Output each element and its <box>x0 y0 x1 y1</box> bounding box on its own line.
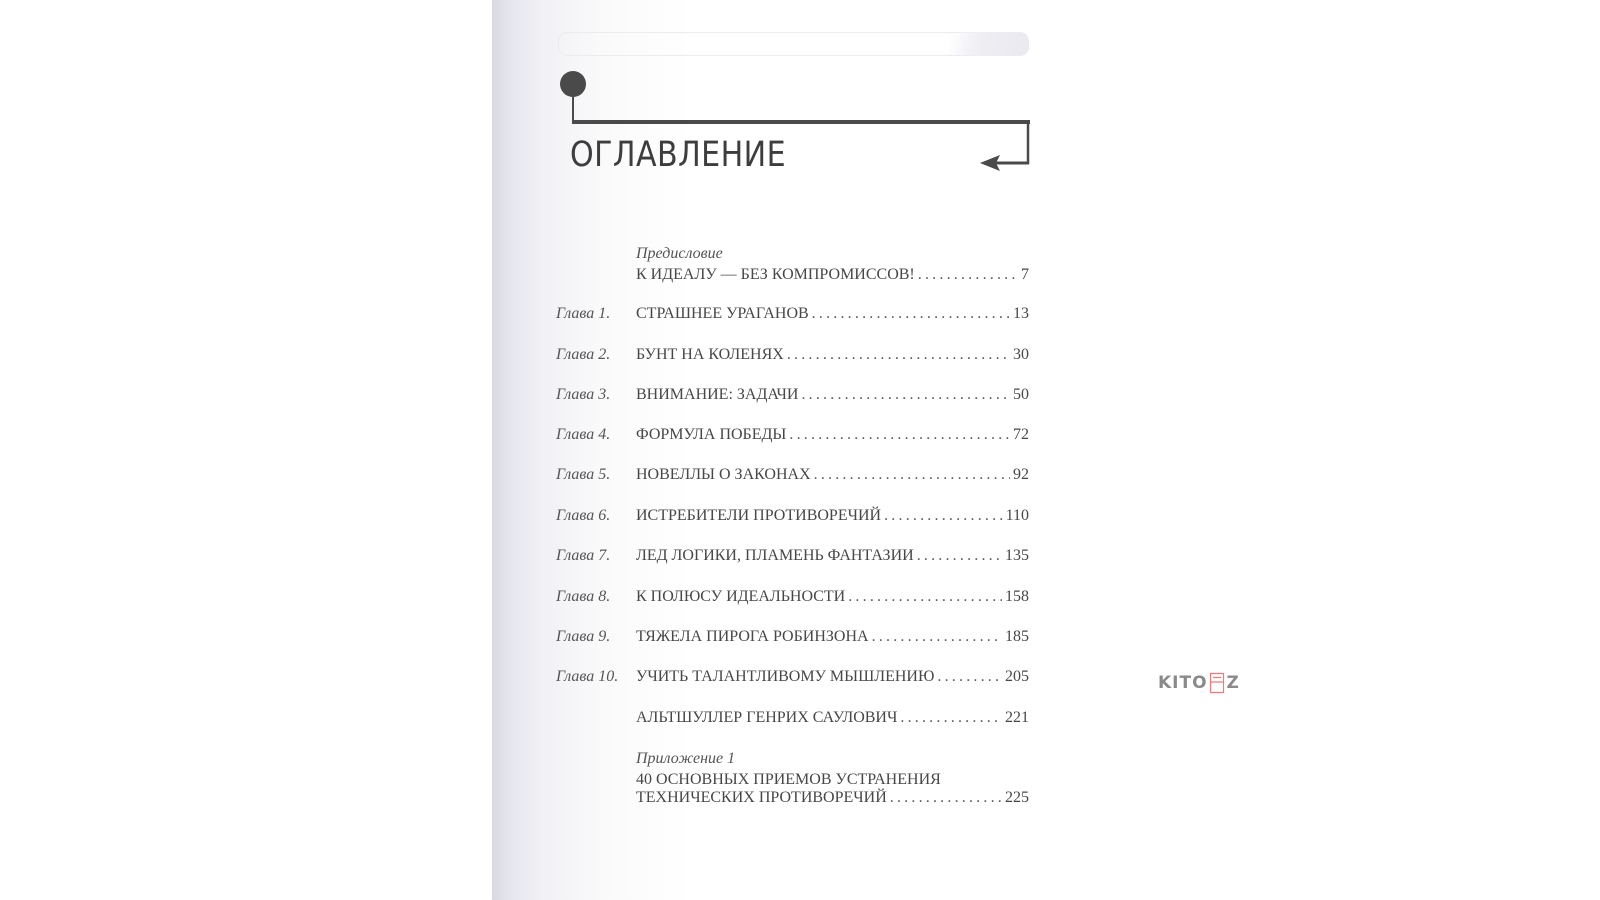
toc-entry-title: К ИДЕАЛУ — БЕЗ КОМПРОМИССОВ! <box>636 266 915 284</box>
toc-entry-chapter-label: Глава 2. <box>556 346 610 364</box>
dot-leader <box>918 266 1018 284</box>
toc-entry-page-number: 205 <box>1005 668 1029 686</box>
toc-entry-chapter-label: Глава 6. <box>556 507 610 525</box>
toc-entry-title: ФОРМУЛА ПОБЕДЫ <box>636 426 786 444</box>
dot-leader <box>900 709 1002 727</box>
toc-entry-chapter-label: Глава 4. <box>556 426 610 444</box>
toc-entry-chapter-label: Глава 1. <box>556 305 610 323</box>
toc-entry-page-number: 110 <box>1006 507 1029 525</box>
toc-entry-title: АЛЬТШУЛЛЕР ГЕНРИХ САУЛОВИЧ <box>636 709 897 727</box>
toc-entry-title: ИСТРЕБИТЕЛИ ПРОТИВОРЕЧИЙ <box>636 507 881 525</box>
toc-entry-chapter-label: Глава 7. <box>556 547 610 565</box>
toc-entry-title-line1: 40 ОСНОВНЫХ ПРИЕМОВ УСТРАНЕНИЯ <box>636 771 941 789</box>
toc-entry-chapter-label: Глава 8. <box>556 588 610 606</box>
decor-dot-icon <box>560 71 586 97</box>
toc-entry-page-number: 72 <box>1013 426 1029 444</box>
toc-entry-section-label: Предисловие <box>636 245 723 263</box>
toc-entry-page-number: 135 <box>1005 547 1029 565</box>
toc-entry-page-number: 185 <box>1005 628 1029 646</box>
dot-leader <box>812 305 1010 323</box>
toc-entry-title: К ПОЛЮСУ ИДЕАЛЬНОСТИ <box>636 588 845 606</box>
toc-entry-page-number: 158 <box>1005 588 1029 606</box>
dot-leader <box>814 466 1010 484</box>
dot-leader <box>890 789 1002 807</box>
toc-entry-title: ТЯЖЕЛА ПИРОГА РОБИНЗОНА <box>636 628 869 646</box>
toc-entry-title: ЛЕД ЛОГИКИ, ПЛАМЕНЬ ФАНТАЗИИ <box>636 547 914 565</box>
dot-leader <box>787 346 1010 364</box>
toc-entry-chapter-label: Глава 9. <box>556 628 610 646</box>
dot-leader <box>789 426 1010 444</box>
toc-entry-title: ВНИМАНИЕ: ЗАДАЧИ <box>636 386 798 404</box>
toc-entry-title: ТЕХНИЧЕСКИХ ПРОТИВОРЕЧИЙ <box>636 789 887 807</box>
toc-entry-title: БУНТ НА КОЛЕНЯХ <box>636 346 784 364</box>
toc-entry-chapter-label: Глава 3. <box>556 386 610 404</box>
toc-title: ОГЛАВЛЕНИЕ <box>570 138 786 173</box>
toc-entry-chapter-label: Глава 5. <box>556 466 610 484</box>
dot-leader <box>801 386 1010 404</box>
book-b-icon <box>1209 672 1225 694</box>
toc-entry-page-number: 92 <box>1013 466 1029 484</box>
toc-entry-chapter-label: Глава 10. <box>556 668 618 686</box>
logo-text-left: KITO <box>1158 673 1208 693</box>
dot-leader <box>884 507 1003 525</box>
watermark-logo: KITO Z <box>1158 672 1240 694</box>
toc-entry-title: СТРАШНЕЕ УРАГАНОВ <box>636 305 809 323</box>
toc-entry-page-number: 30 <box>1013 346 1029 364</box>
toc-entry-section-label: Приложение 1 <box>636 750 735 768</box>
toc-entry-page-number: 13 <box>1013 305 1029 323</box>
toc-entry-page-number: 221 <box>1005 709 1029 727</box>
book-page: ОГЛАВЛЕНИЕ ПредисловиеК ИДЕАЛУ — БЕЗ КОМ… <box>492 0 1052 900</box>
dot-leader <box>917 547 1002 565</box>
toc-entry-page-number: 50 <box>1013 386 1029 404</box>
toc-entry-title: УЧИТЬ ТАЛАНТЛИВОМУ МЫШЛЕНИЮ <box>636 668 934 686</box>
toc-entry-page-number: 225 <box>1005 789 1029 807</box>
toc-entry-title: НОВЕЛЛЫ О ЗАКОНАХ <box>636 466 811 484</box>
dot-leader <box>937 668 1002 686</box>
dot-leader <box>872 628 1002 646</box>
toc-entry-page-number: 7 <box>1021 266 1029 284</box>
logo-text-right: Z <box>1227 673 1240 693</box>
dot-leader <box>848 588 1002 606</box>
